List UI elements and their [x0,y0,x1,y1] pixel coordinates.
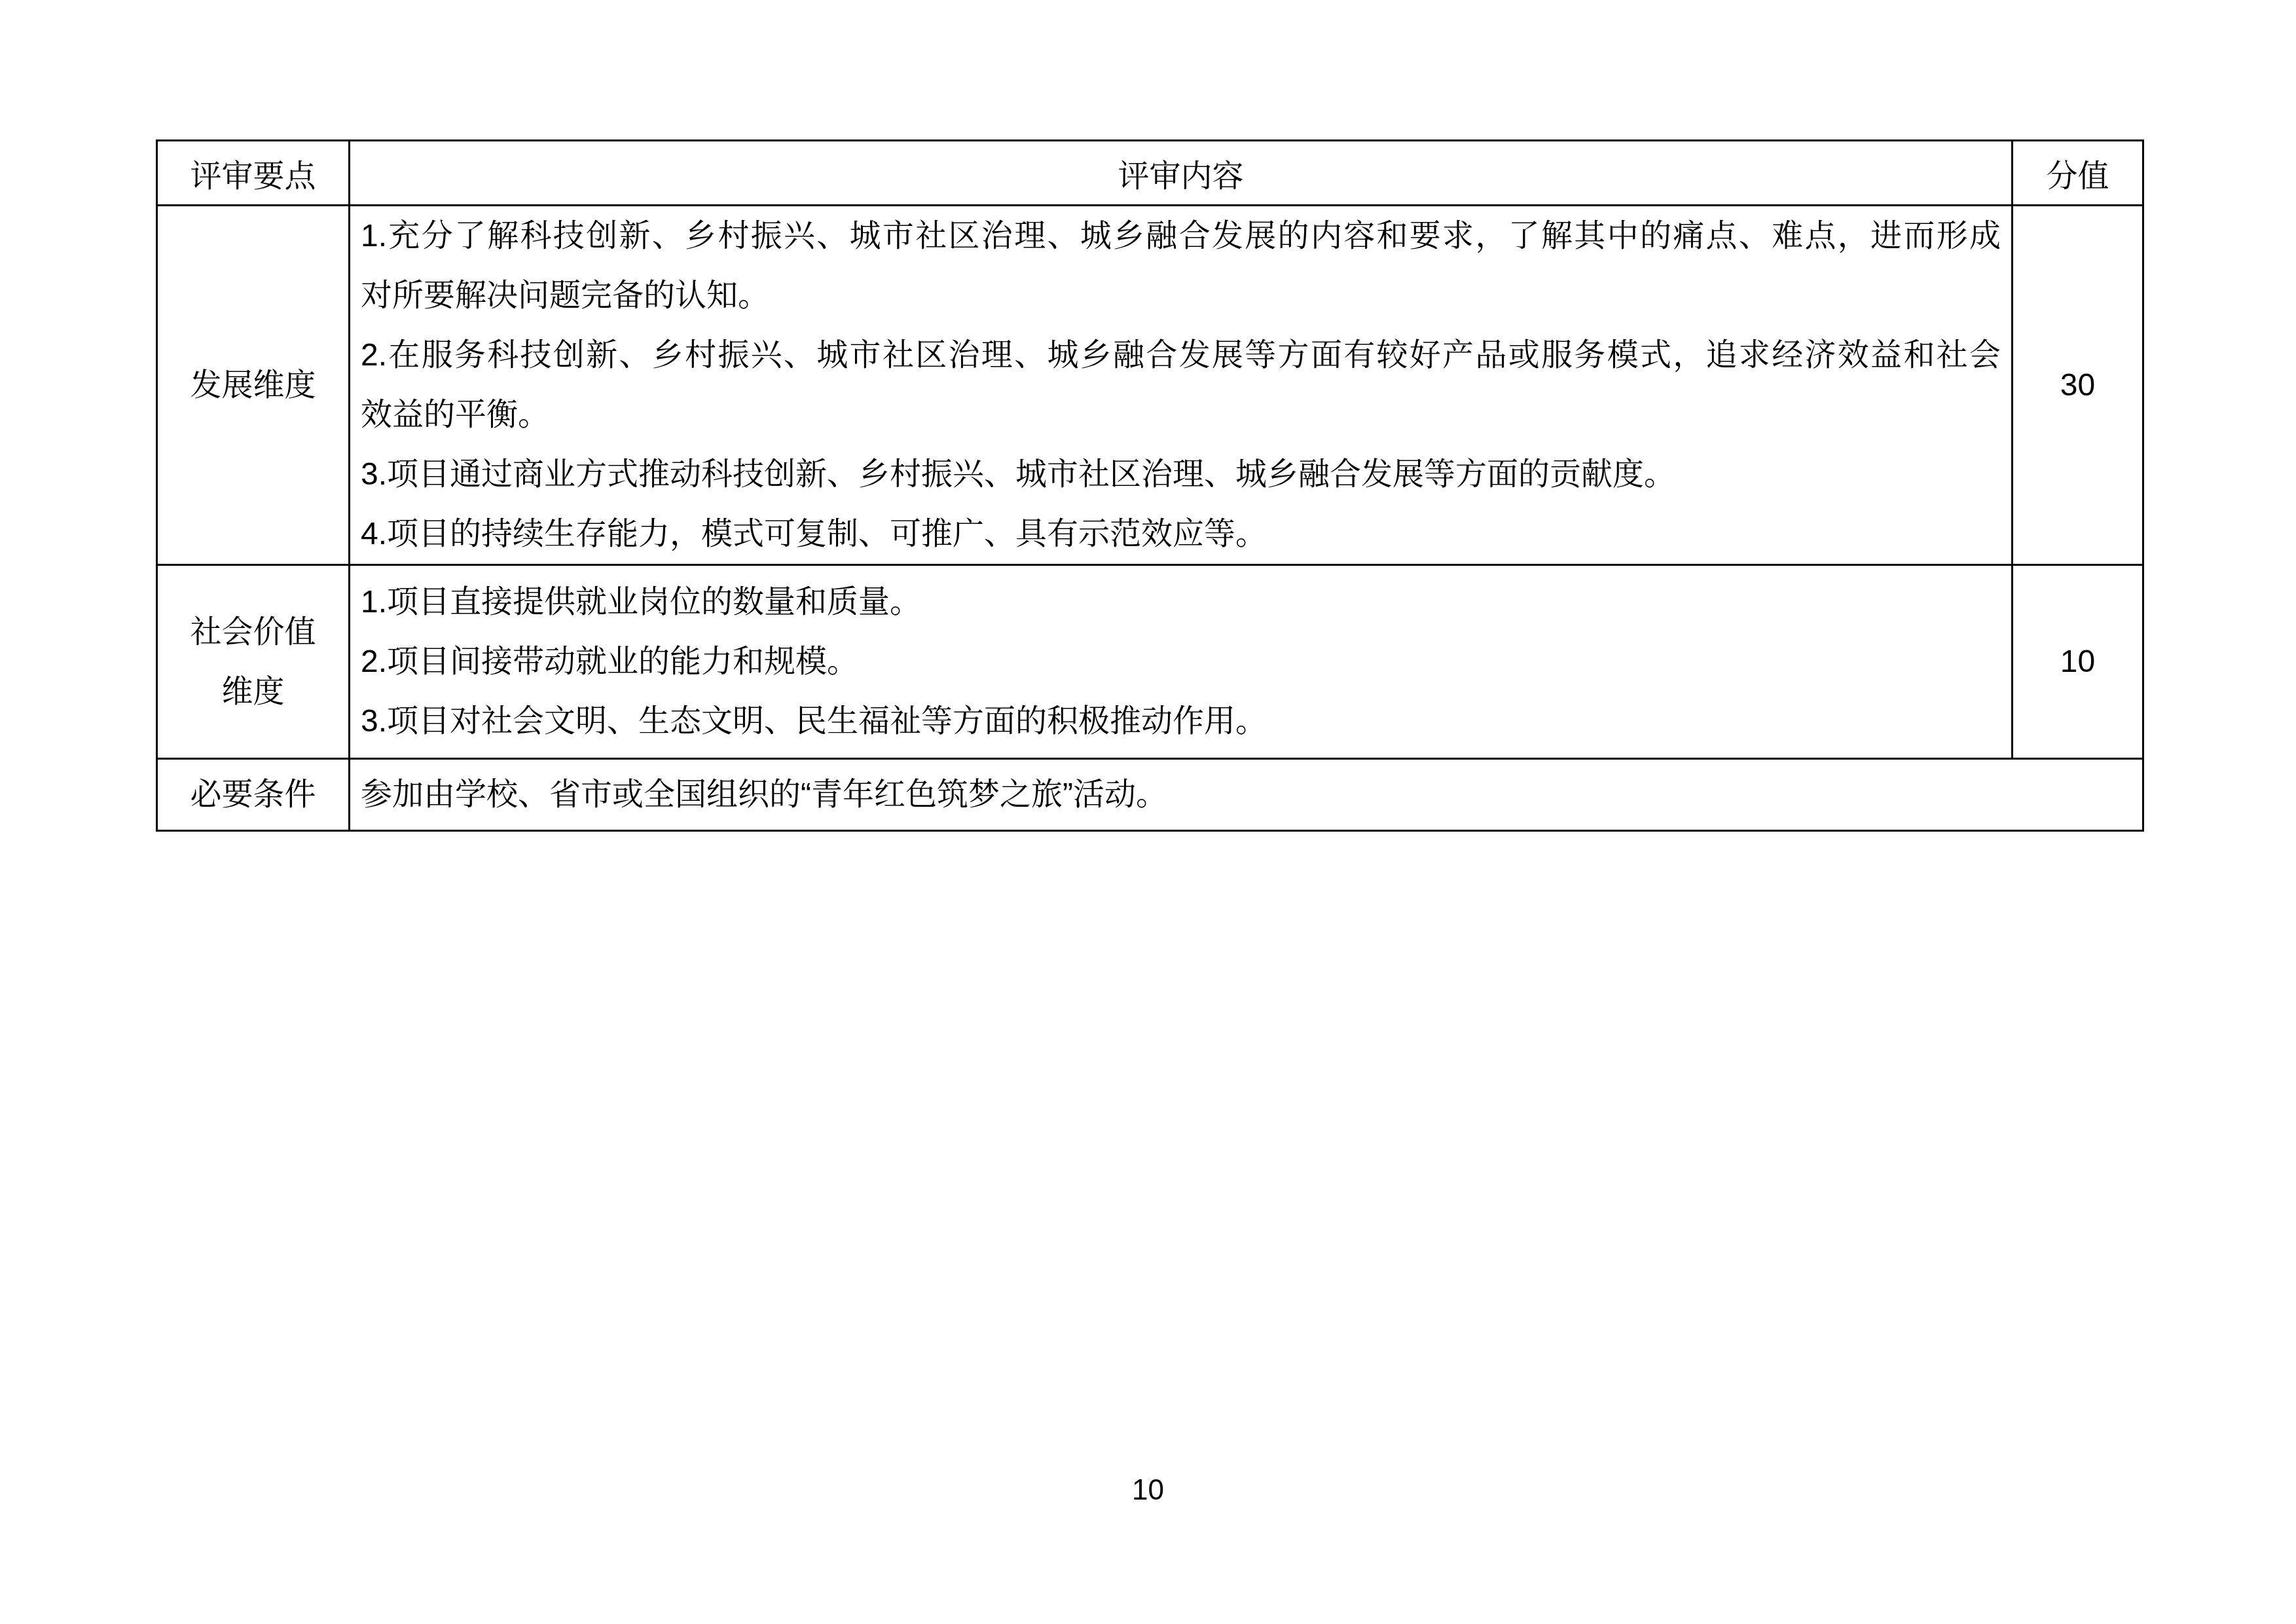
header-cell-content: 评审内容 [350,141,2013,206]
content-line: 4.项目的持续生存能力，模式可复制、可推广、具有示范效应等。 [361,504,2001,564]
row-key-line: 发展维度 [158,356,348,415]
content-line: 1.项目直接提供就业岗位的数量和质量。 [361,572,2001,632]
table-body: 发展维度1.充分了解科技创新、乡村振兴、城市社区治理、城乡融合发展的内容和要求，… [157,206,2143,831]
content-line: 效益的平衡。 [361,385,2001,445]
row-key-cell: 必要条件 [157,759,350,831]
table-row: 发展维度1.充分了解科技创新、乡村振兴、城市社区治理、城乡融合发展的内容和要求，… [157,206,2143,565]
header-cell-key: 评审要点 [157,141,350,206]
row-key-cell: 社会价值维度 [157,565,350,759]
content-line: 2.在服务科技创新、乡村振兴、城市社区治理、城乡融合发展等方面有较好产品或服务模… [361,325,2001,385]
row-key-line: 维度 [158,662,348,722]
content-line: 3.项目通过商业方式推动科技创新、乡村振兴、城市社区治理、城乡融合发展等方面的贡… [361,445,2001,504]
row-content-cell: 参加由学校、省市或全国组织的“青年红色筑梦之旅”活动。 [350,759,2143,831]
header-cell-score: 分值 [2013,141,2143,206]
row-content-cell: 1.项目直接提供就业岗位的数量和质量。2.项目间接带动就业的能力和规模。3.项目… [350,565,2013,759]
row-score-cell: 10 [2013,565,2143,759]
row-content-cell: 1.充分了解科技创新、乡村振兴、城市社区治理、城乡融合发展的内容和要求，了解其中… [350,206,2013,565]
page-number: 10 [0,1471,2296,1510]
content-line: 参加由学校、省市或全国组织的“青年红色筑梦之旅”活动。 [361,765,2132,824]
row-score-cell: 30 [2013,206,2143,565]
content-line: 2.项目间接带动就业的能力和规模。 [361,632,2001,692]
content-line: 对所要解决问题完备的认知。 [361,266,2001,325]
document-page: 评审要点 评审内容 分值 发展维度1.充分了解科技创新、乡村振兴、城市社区治理、… [0,0,2296,1624]
table-row: 必要条件参加由学校、省市或全国组织的“青年红色筑梦之旅”活动。 [157,759,2143,831]
row-key-line: 必要条件 [158,765,348,824]
review-criteria-table: 评审要点 评审内容 分值 发展维度1.充分了解科技创新、乡村振兴、城市社区治理、… [156,139,2144,832]
content-line: 3.项目对社会文明、生态文明、民生福祉等方面的积极推动作用。 [361,692,2001,751]
table-row: 社会价值维度1.项目直接提供就业岗位的数量和质量。2.项目间接带动就业的能力和规… [157,565,2143,759]
table-header-row: 评审要点 评审内容 分值 [157,141,2143,206]
row-key-line: 社会价值 [158,602,348,662]
content-line: 1.充分了解科技创新、乡村振兴、城市社区治理、城乡融合发展的内容和要求，了解其中… [361,206,2001,266]
row-key-cell: 发展维度 [157,206,350,565]
